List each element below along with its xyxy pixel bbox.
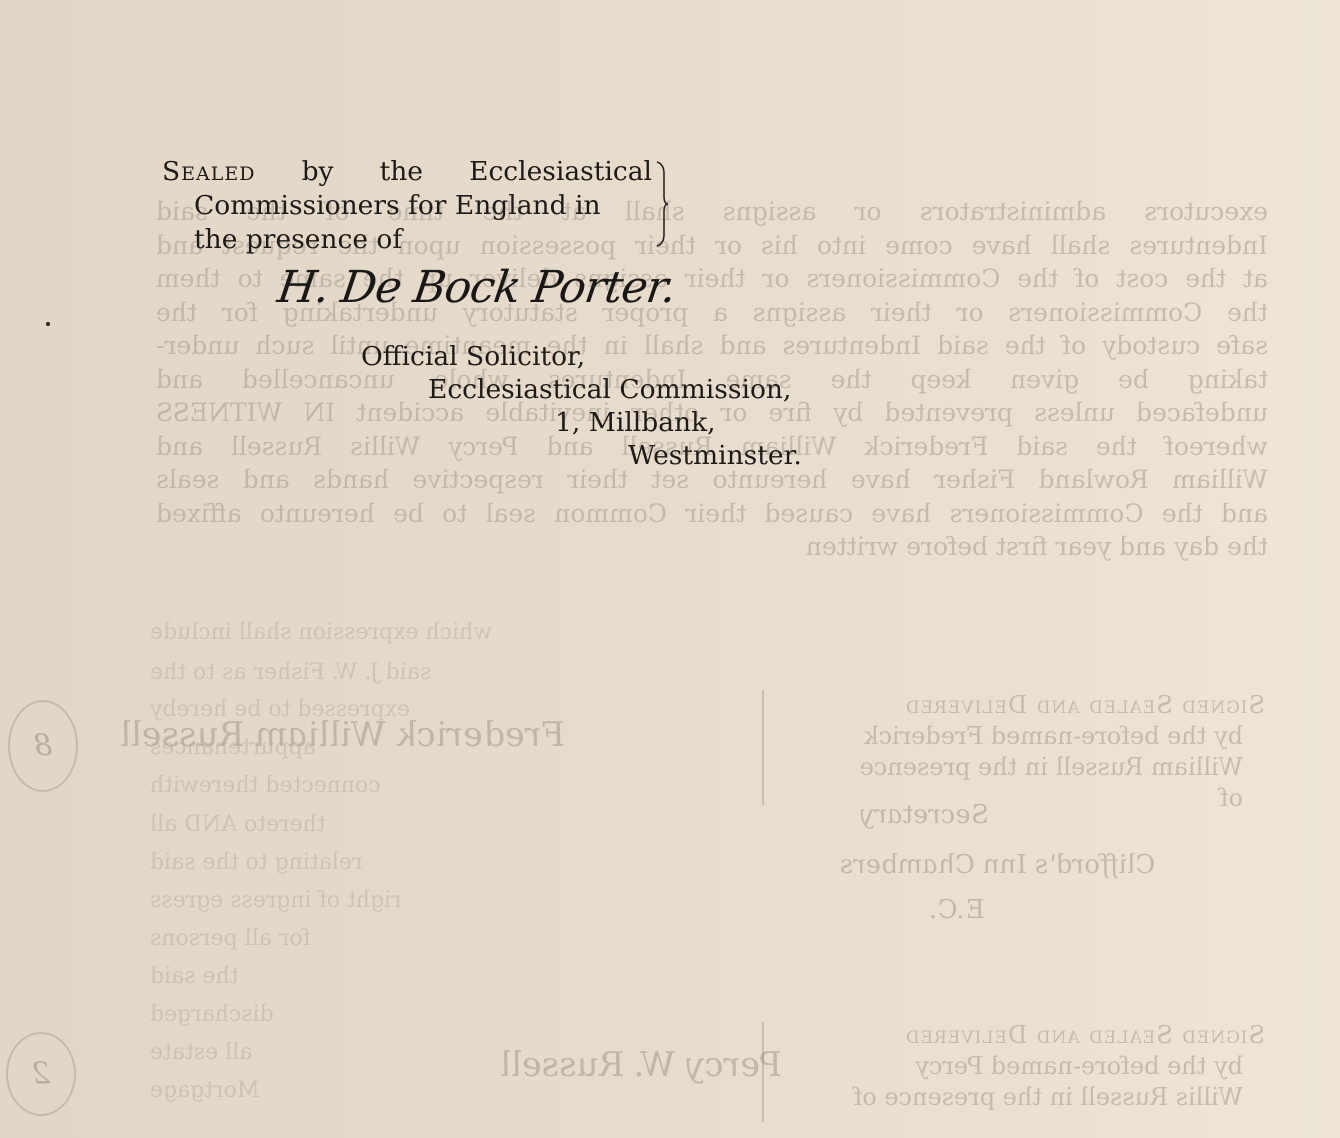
attestation-line: the presence of: [162, 223, 667, 257]
show-through-fragment: said J. W. Fisher as to the: [150, 660, 431, 685]
ink-speck: [46, 322, 50, 326]
show-through-witness-signature: E.C.: [927, 895, 987, 925]
show-through-fragment: right of ingress egress: [150, 888, 402, 913]
show-through-fragment: discharged: [150, 1002, 274, 1027]
show-through-line: of: [765, 783, 1265, 814]
show-through-line: by the before-named Percy: [765, 1051, 1265, 1082]
attestation-line: Commissioners for England in: [162, 189, 667, 223]
attestation-word: the: [380, 155, 423, 189]
show-through-fragment: which expression shall include: [150, 620, 492, 645]
show-through-witness-signature: Clifford's Inn Chambers: [837, 850, 1157, 880]
sealing-attestation: Sealed by the Ecclesiastical Commissione…: [162, 155, 667, 257]
show-through-signature: Percy W. Russell: [496, 1045, 785, 1085]
margin-mark-number: 8: [33, 729, 52, 764]
show-through-line: the day and year first before written: [156, 530, 1268, 564]
show-through-fragment: expressed to be hereby: [150, 697, 410, 722]
show-through-fragment: the said: [150, 964, 239, 989]
show-through-fragment: Mortgage: [150, 1078, 259, 1103]
show-through-line: Willis Russell in the presence of: [765, 1082, 1265, 1113]
show-through-witness-block: Signed Sealed and Delivered by the befor…: [765, 1020, 1265, 1113]
show-through-fragment: all estate: [150, 1040, 252, 1065]
show-through-witness-signature: Secretary: [857, 800, 991, 830]
show-through-fragment: relating to the said: [150, 850, 362, 875]
solicitor-title: Official Solicitor,: [361, 340, 585, 374]
document-page: executors administrators or assigns shal…: [0, 0, 1340, 1138]
show-through-fragment: for all persons: [150, 926, 311, 951]
attestation-lead-word: Sealed: [162, 155, 255, 189]
show-through-line: William Russell in the presence: [765, 752, 1265, 783]
attestation-line: Sealed by the Ecclesiastical: [162, 155, 652, 189]
show-through-fragment: thereto AND all: [150, 812, 326, 837]
show-through-line: safe custody of the said Indentures and …: [156, 329, 1268, 363]
solicitor-street: 1, Millbank,: [555, 406, 716, 440]
solicitor-organization: Ecclesiastical Commission,: [428, 373, 791, 407]
show-through-line: Signed Sealed and Delivered: [765, 690, 1265, 721]
witness-signature: H. De Bock Porter.: [274, 262, 678, 313]
attestation-word: Ecclesiastical: [469, 155, 652, 189]
margin-mark-number: 2: [31, 1057, 50, 1092]
margin-circle-mark: 8: [8, 700, 78, 792]
solicitor-district: Westminster.: [628, 439, 802, 473]
show-through-line: and the Commissioners have caused their …: [156, 497, 1268, 531]
show-through-witness-block: Signed Sealed and Delivered by the befor…: [765, 690, 1265, 814]
show-through-fragment: appurtenances: [150, 735, 316, 760]
show-through-brace: [762, 690, 764, 805]
margin-circle-mark: 2: [6, 1032, 76, 1116]
show-through-fragment: connected therewith: [150, 773, 381, 798]
attestation-word: by: [302, 155, 334, 189]
curly-brace: [655, 160, 669, 248]
show-through-line: Signed Sealed and Delivered: [765, 1020, 1265, 1051]
show-through-line: by the before-named Frederick: [765, 721, 1265, 752]
